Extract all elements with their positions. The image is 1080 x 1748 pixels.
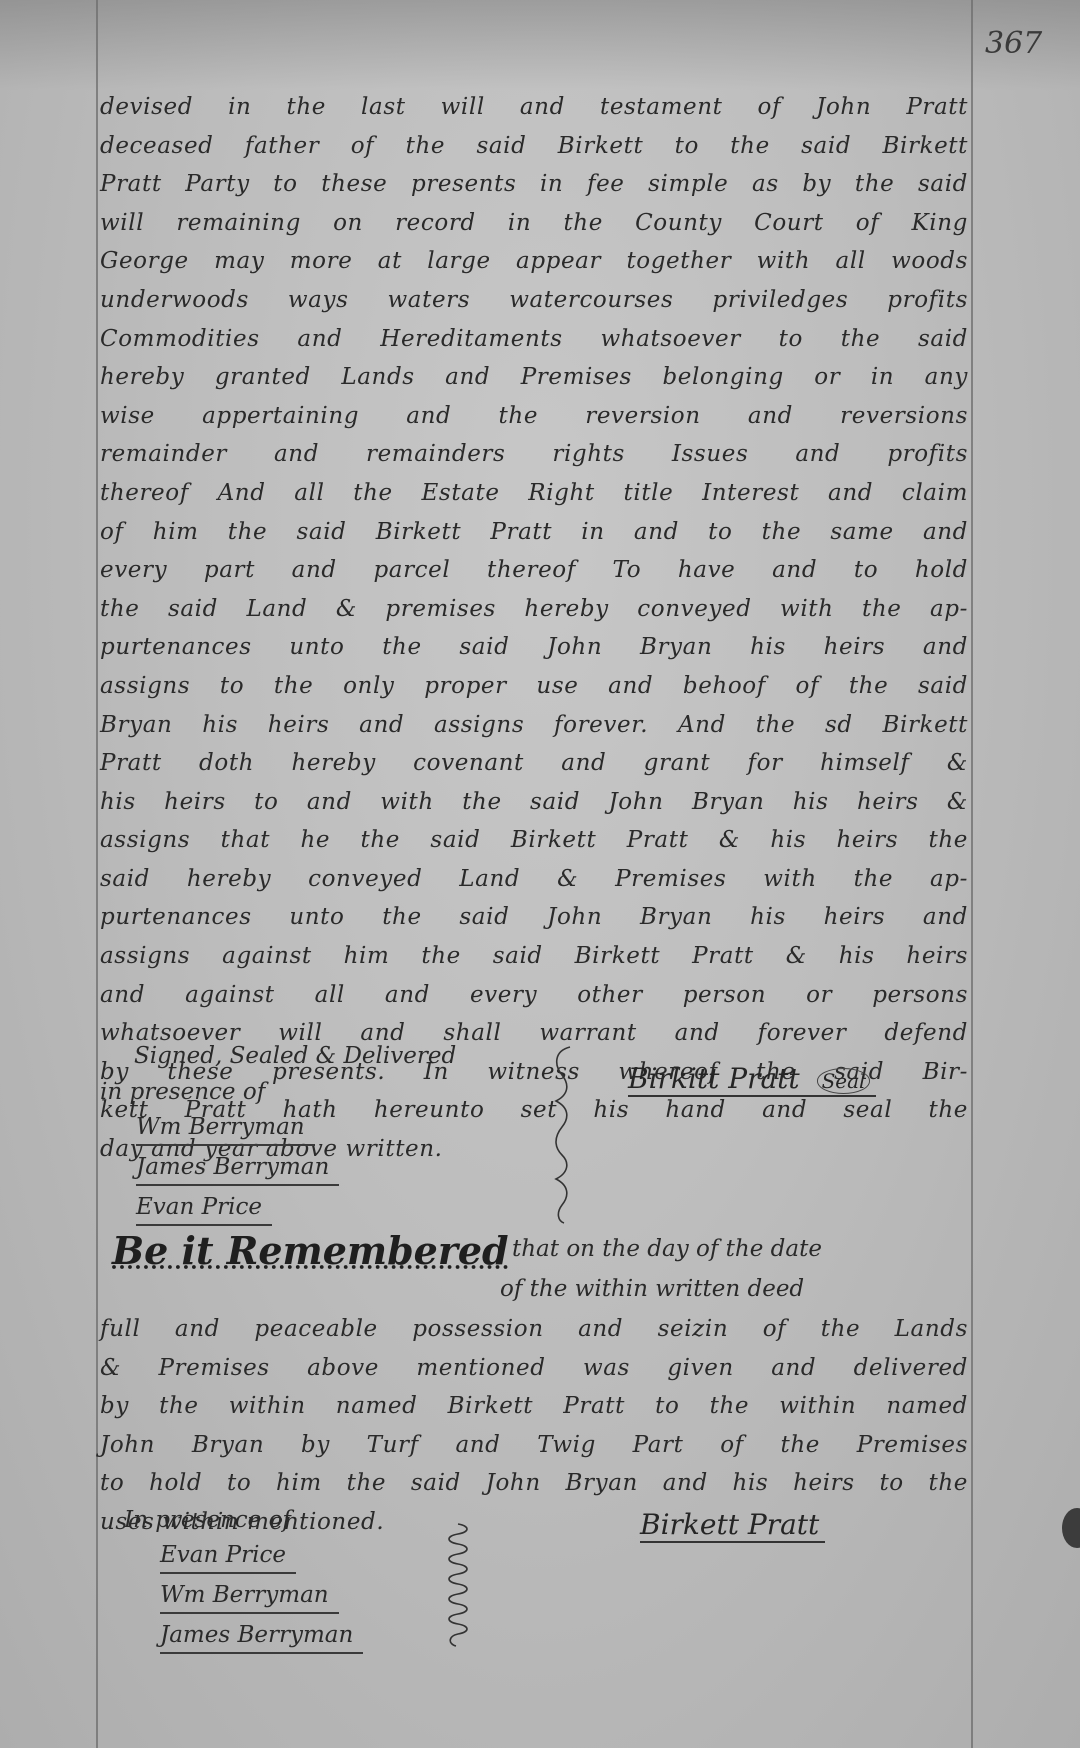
witness-signature: Wm Berryman [160, 1578, 339, 1614]
deed-line: thereof And all the Estate Right title I… [100, 474, 968, 513]
deed-line: the said Land & premises hereby conveyed… [100, 590, 968, 629]
attestation-label: in presence of [100, 1074, 456, 1110]
memorandum-witness-block: In presence of Evan Price Wm Berryman Ja… [124, 1502, 363, 1658]
page-number: 367 [985, 26, 1042, 61]
attestation-label: Signed, Sealed & Delivered [134, 1038, 456, 1074]
right-margin-rule [971, 0, 973, 1748]
memorandum-line: to hold to him the said John Bryan and h… [100, 1464, 968, 1503]
memorandum-line: John Bryan by Turf and Twig Part of the … [100, 1426, 968, 1465]
deed-line: assigns against him the said Birkett Pra… [100, 937, 968, 976]
memorandum-heading: Be it Remembered [112, 1228, 509, 1273]
deed-line: of him the said Birkett Pratt in and to … [100, 513, 968, 552]
witness-signature: James Berryman [160, 1618, 363, 1654]
deed-line: will remaining on record in the County C… [100, 204, 968, 243]
deed-body: devised in the last will and testament o… [100, 88, 968, 1169]
deed-line: wise appertaining and the reversion and … [100, 397, 968, 436]
left-margin-rule [96, 0, 98, 1748]
deed-line: remainder and remainders rights Issues a… [100, 435, 968, 474]
witness-signature: Evan Price [160, 1538, 296, 1574]
curly-brace-icon [548, 1045, 578, 1225]
deed-page: 367 devised in the last will and testame… [0, 0, 1080, 1748]
deed-line: hereby granted Lands and Premises belong… [100, 358, 968, 397]
witness-signature: James Berryman [136, 1150, 339, 1186]
grantor-name: Birkitt Pratt [628, 1062, 800, 1095]
grantor-signature: Birkett Pratt [640, 1508, 825, 1543]
deed-line: purtenances unto the said John Bryan his… [100, 628, 968, 667]
memorandum-heading-continuation: that on the day of the date [512, 1236, 822, 1262]
deed-line: Bryan his heirs and assigns forever. And… [100, 706, 968, 745]
presence-label: In presence of [124, 1502, 363, 1538]
memorandum-line: full and peaceable possession and seizin… [100, 1310, 968, 1349]
witness-signature: Evan Price [136, 1190, 272, 1226]
scroll-flourish-icon [442, 1520, 472, 1650]
deed-line: his heirs to and with the said John Brya… [100, 783, 968, 822]
deed-line: deceased father of the said Birkett to t… [100, 127, 968, 166]
grantor-signature: Birkitt Pratt Seal [628, 1062, 876, 1097]
deed-line: assigns that he the said Birkett Pratt &… [100, 821, 968, 860]
deed-line: devised in the last will and testament o… [100, 88, 968, 127]
deed-line: said hereby conveyed Land & Premises wit… [100, 860, 968, 899]
witness-signature: Wm Berryman [136, 1110, 315, 1146]
memorandum-continuation: of the within written deed [500, 1276, 804, 1302]
deed-line: underwoods ways waters watercourses priv… [100, 281, 968, 320]
attestation-block: Signed, Sealed & Delivered in presence o… [128, 1038, 456, 1230]
scan-shadow [0, 0, 1080, 90]
seal-mark: Seal [817, 1068, 871, 1094]
memorandum-line: & Premises above mentioned was given and… [100, 1349, 968, 1388]
deed-line: assigns to the only proper use and behoo… [100, 667, 968, 706]
ink-blot [1062, 1508, 1080, 1548]
deed-line: purtenances unto the said John Bryan his… [100, 898, 968, 937]
deed-line: George may more at large appear together… [100, 242, 968, 281]
deed-line: Pratt doth hereby covenant and grant for… [100, 744, 968, 783]
deed-line: and against all and every other person o… [100, 976, 968, 1015]
deed-line: Pratt Party to these presents in fee sim… [100, 165, 968, 204]
memorandum-line: by the within named Birkett Pratt to the… [100, 1387, 968, 1426]
deed-line: Commodities and Hereditaments whatsoever… [100, 320, 968, 359]
deed-line: every part and parcel thereof To have an… [100, 551, 968, 590]
